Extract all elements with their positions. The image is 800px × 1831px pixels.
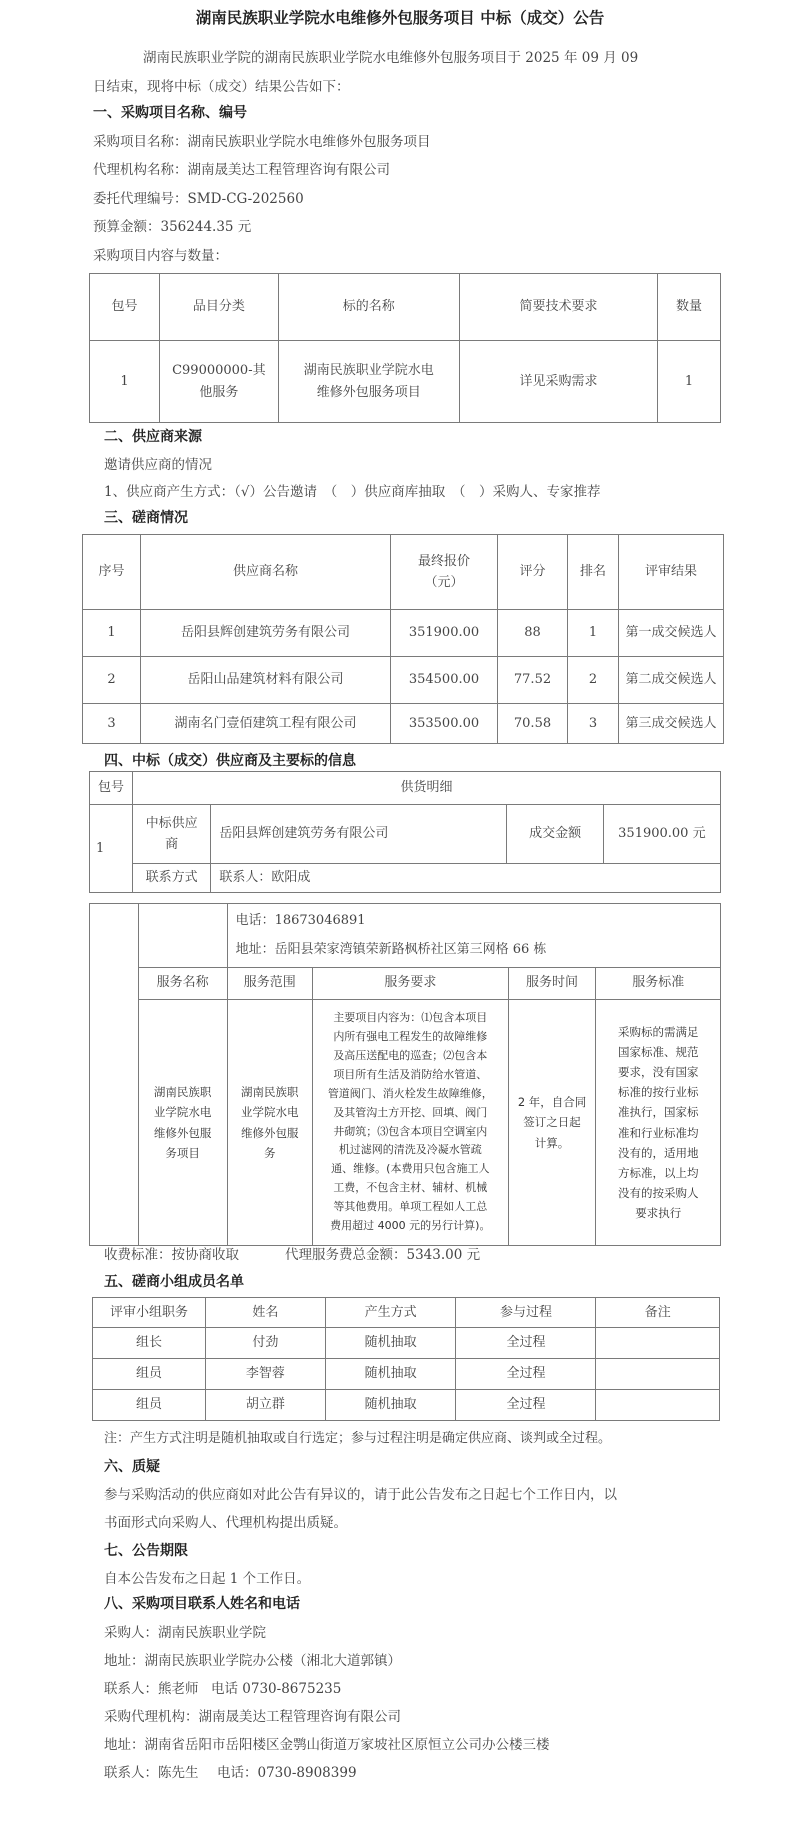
header-cell: 参与过程	[456, 1298, 596, 1328]
quantity: 1	[658, 341, 721, 423]
empty-cell	[90, 904, 139, 1246]
item-name: 湖南民族职业学院水电维修外包服务项目	[278, 341, 459, 423]
review-result: 第一成交候选人	[619, 610, 724, 657]
header-cell: 评审结果	[619, 535, 724, 610]
score: 70.58	[498, 704, 568, 744]
negotiation-results-table: 序号 供应商名称 最终报价（元） 评分 排名 评审结果 1 岳阳县辉创建筑劳务有…	[82, 534, 724, 744]
header-cell: 包号	[90, 772, 133, 805]
amount-label: 成交金额	[507, 805, 603, 864]
table-row: 1 中标供应商 岳阳县辉创建筑劳务有限公司 成交金额 351900.00 元	[90, 805, 721, 864]
table-row: 组员 李智蓉 随机抽取 全过程	[93, 1359, 720, 1390]
purchaser-address: 地址：湖南民族职业学院办公楼（湘北大道郭镇）	[104, 1649, 401, 1669]
member-name: 付劲	[205, 1328, 325, 1359]
member-name: 胡立群	[205, 1390, 325, 1421]
panel-members-table: 评审小组职务 姓名 产生方式 参与过程 备注 组长 付劲 随机抽取 全过程 组员…	[92, 1297, 720, 1421]
final-price: 351900.00	[391, 610, 498, 657]
winner-label: 中标供应商	[132, 805, 210, 864]
section-5-heading: 五、磋商小组成员名单	[104, 1271, 244, 1291]
header-cell: 供应商名称	[141, 535, 391, 610]
review-result: 第三成交候选人	[619, 704, 724, 744]
agency-number: 委托代理编号：SMD-CG-202560	[93, 187, 304, 207]
package-number: 1	[90, 805, 133, 893]
header-cell: 服务范围	[227, 968, 312, 1000]
fee-standard: 收费标准：按协商收取	[104, 1243, 239, 1263]
objection-line-1: 参与采购活动的供应商如对此公告有异议的，请于此公告发布之日起七个工作日内，以	[104, 1483, 617, 1503]
supplier-name: 湖南名门壹佰建筑工程有限公司	[141, 704, 391, 744]
header-cell: 标的名称	[278, 274, 459, 341]
section-2-heading: 二、供应商来源	[104, 426, 202, 446]
member-role: 组长	[93, 1328, 206, 1359]
header-cell: 供货明细	[132, 772, 720, 805]
winner-name: 岳阳县辉创建筑劳务有限公司	[211, 805, 507, 864]
header-cell: 服务要求	[312, 968, 508, 1000]
winner-info-table: 包号 供货明细 1 中标供应商 岳阳县辉创建筑劳务有限公司 成交金额 35190…	[89, 771, 721, 893]
agency-phone: 电话：0730-8908399	[217, 1761, 357, 1781]
table-row: 联系方式 联系人：欧阳成	[90, 864, 721, 893]
section-4-heading: 四、中标（成交）供应商及主要标的信息	[104, 750, 356, 770]
section-1-heading: 一、采购项目名称、编号	[93, 102, 247, 122]
table-header-row: 评审小组职务 姓名 产生方式 参与过程 备注	[93, 1298, 720, 1328]
agency-full-name: 采购代理机构：湖南晟美达工程管理咨询有限公司	[104, 1705, 401, 1725]
selection-method: 随机抽取	[325, 1390, 456, 1421]
participation: 全过程	[456, 1359, 596, 1390]
header-cell: 数量	[658, 274, 721, 341]
member-role: 组员	[93, 1390, 206, 1421]
intro-line-1: 湖南民族职业学院的湖南民族职业学院水电维修外包服务项目于 2025 年 09 月…	[143, 46, 638, 66]
purchaser-phone: 电话 0730-8675235	[211, 1677, 341, 1697]
project-name: 采购项目名称：湖南民族职业学院水电维修外包服务项目	[93, 130, 431, 150]
purchaser-name: 采购人：湖南民族职业学院	[104, 1621, 266, 1641]
header-cell: 评审小组职务	[93, 1298, 206, 1328]
section-8-heading: 八、采购项目联系人姓名和电话	[104, 1593, 300, 1613]
remark	[596, 1390, 720, 1421]
agency-name: 代理机构名称：湖南晟美达工程管理咨询有限公司	[93, 158, 390, 178]
table-row: 1 岳阳县辉创建筑劳务有限公司 351900.00 88 1 第一成交候选人	[83, 610, 724, 657]
remark	[596, 1328, 720, 1359]
table-row: 3 湖南名门壹佰建筑工程有限公司 353500.00 70.58 3 第三成交候…	[83, 704, 724, 744]
contact-label: 联系方式	[132, 864, 210, 893]
objection-line-2: 书面形式向采购人、代理机构提出质疑。	[104, 1511, 347, 1531]
rank: 3	[568, 704, 619, 744]
table-header-row: 服务名称 服务范围 服务要求 服务时间 服务标准	[90, 968, 721, 1000]
score: 88	[498, 610, 568, 657]
service-standard: 采购标的需满足国家标准、规范要求，没有国家标准的按行业标准执行，国家标准和行业标…	[596, 1000, 721, 1246]
selection-method: 随机抽取	[325, 1359, 456, 1390]
rank: 1	[568, 610, 619, 657]
package-number: 1	[90, 341, 160, 423]
score: 77.52	[498, 657, 568, 704]
purchaser-contact: 联系人：熊老师	[104, 1677, 199, 1697]
header-cell: 服务名称	[138, 968, 227, 1000]
row-number: 2	[83, 657, 141, 704]
item-category: C99000000-其他服务	[160, 341, 278, 423]
table-row: 1 C99000000-其他服务 湖南民族职业学院水电维修外包服务项目 详见采购…	[90, 341, 721, 423]
supplier-contact-details: 电话：18673046891 地址：岳阳县荣家湾镇荣新路枫桥社区第三网格 66 …	[227, 904, 720, 968]
header-cell: 包号	[90, 274, 160, 341]
service-time: 2 年，自合同签订之日起计算。	[508, 1000, 596, 1246]
row-number: 3	[83, 704, 141, 744]
header-cell: 最终报价（元）	[391, 535, 498, 610]
table-header-row: 序号 供应商名称 最终报价（元） 评分 排名 评审结果	[83, 535, 724, 610]
service-name: 湖南民族职业学院水电维修外包服务项目	[138, 1000, 227, 1246]
budget-amount: 预算金额：356244.35 元	[93, 215, 251, 235]
service-scope: 湖南民族职业学院水电维修外包服务	[227, 1000, 312, 1246]
panel-note: 注：产生方式注明是随机抽取或自行选定；参与过程注明是确定供应商、谈判或全过程。	[104, 1427, 611, 1446]
supplier-phone: 电话：18673046891	[236, 907, 718, 936]
procurement-items-table: 包号 品目分类 标的名称 简要技术要求 数量 1 C99000000-其他服务 …	[89, 273, 721, 423]
header-cell: 序号	[83, 535, 141, 610]
final-price: 353500.00	[391, 704, 498, 744]
row-number: 1	[83, 610, 141, 657]
table-row: 2 岳阳山品建筑材料有限公司 354500.00 77.52 2 第二成交候选人	[83, 657, 724, 704]
member-role: 组员	[93, 1359, 206, 1390]
supplier-address: 地址：岳阳县荣家湾镇荣新路枫桥社区第三网格 66 栋	[236, 936, 718, 965]
supplier-invite-subtitle: 邀请供应商的情况	[104, 453, 212, 473]
participation: 全过程	[456, 1328, 596, 1359]
intro-line-2: 日结束，现将中标（成交）结果公告如下：	[93, 75, 350, 95]
member-name: 李智蓉	[205, 1359, 325, 1390]
contact-person: 联系人：欧阳成	[211, 864, 721, 893]
header-cell: 服务时间	[508, 968, 596, 1000]
content-label: 采购项目内容与数量：	[93, 244, 228, 264]
header-cell: 评分	[498, 535, 568, 610]
table-row: 组长 付劲 随机抽取 全过程	[93, 1328, 720, 1359]
contact-details-row: 电话：18673046891 地址：岳阳县荣家湾镇荣新路枫桥社区第三网格 66 …	[90, 904, 721, 968]
page-title: 湖南民族职业学院水电维修外包服务项目 中标（成交）公告	[0, 6, 800, 28]
amount-value: 351900.00 元	[603, 805, 720, 864]
supplier-name: 岳阳山品建筑材料有限公司	[141, 657, 391, 704]
empty-cell	[138, 904, 227, 968]
header-cell: 服务标准	[596, 968, 721, 1000]
final-price: 354500.00	[391, 657, 498, 704]
supplier-method: 1、供应商产生方式：（√）公告邀请 （ ）供应商库抽取 （ ）采购人、专家推荐	[104, 480, 600, 500]
table-row: 湖南民族职业学院水电维修外包服务项目 湖南民族职业学院水电维修外包服务 主要项目…	[90, 1000, 721, 1246]
agency-contact: 联系人：陈先生	[104, 1761, 199, 1781]
review-result: 第二成交候选人	[619, 657, 724, 704]
table-header-row: 包号 供货明细	[90, 772, 721, 805]
rank: 2	[568, 657, 619, 704]
header-cell: 姓名	[205, 1298, 325, 1328]
section-6-heading: 六、质疑	[104, 1456, 160, 1476]
header-cell: 品目分类	[160, 274, 278, 341]
header-cell: 简要技术要求	[459, 274, 657, 341]
announcement-period: 自本公告发布之日起 1 个工作日。	[104, 1567, 310, 1587]
header-cell: 备注	[596, 1298, 720, 1328]
table-row: 组员 胡立群 随机抽取 全过程	[93, 1390, 720, 1421]
service-details-table: 电话：18673046891 地址：岳阳县荣家湾镇荣新路枫桥社区第三网格 66 …	[89, 903, 721, 1246]
table-header-row: 包号 品目分类 标的名称 简要技术要求 数量	[90, 274, 721, 341]
header-cell: 产生方式	[325, 1298, 456, 1328]
participation: 全过程	[456, 1390, 596, 1421]
agency-address: 地址：湖南省岳阳市岳阳楼区金鹗山街道万家坡社区原恒立公司办公楼三楼	[104, 1733, 550, 1753]
selection-method: 随机抽取	[325, 1328, 456, 1359]
agency-fee-total: 代理服务费总金额：5343.00 元	[285, 1243, 480, 1263]
tech-requirements: 详见采购需求	[459, 341, 657, 423]
header-cell: 排名	[568, 535, 619, 610]
section-7-heading: 七、公告期限	[104, 1540, 188, 1560]
remark	[596, 1359, 720, 1390]
section-3-heading: 三、磋商情况	[104, 507, 188, 527]
supplier-name: 岳阳县辉创建筑劳务有限公司	[141, 610, 391, 657]
service-requirements: 主要项目内容为：⑴包含本项目内所有强电工程发生的故障维修及高压送配电的巡查；⑵包…	[312, 1000, 508, 1246]
